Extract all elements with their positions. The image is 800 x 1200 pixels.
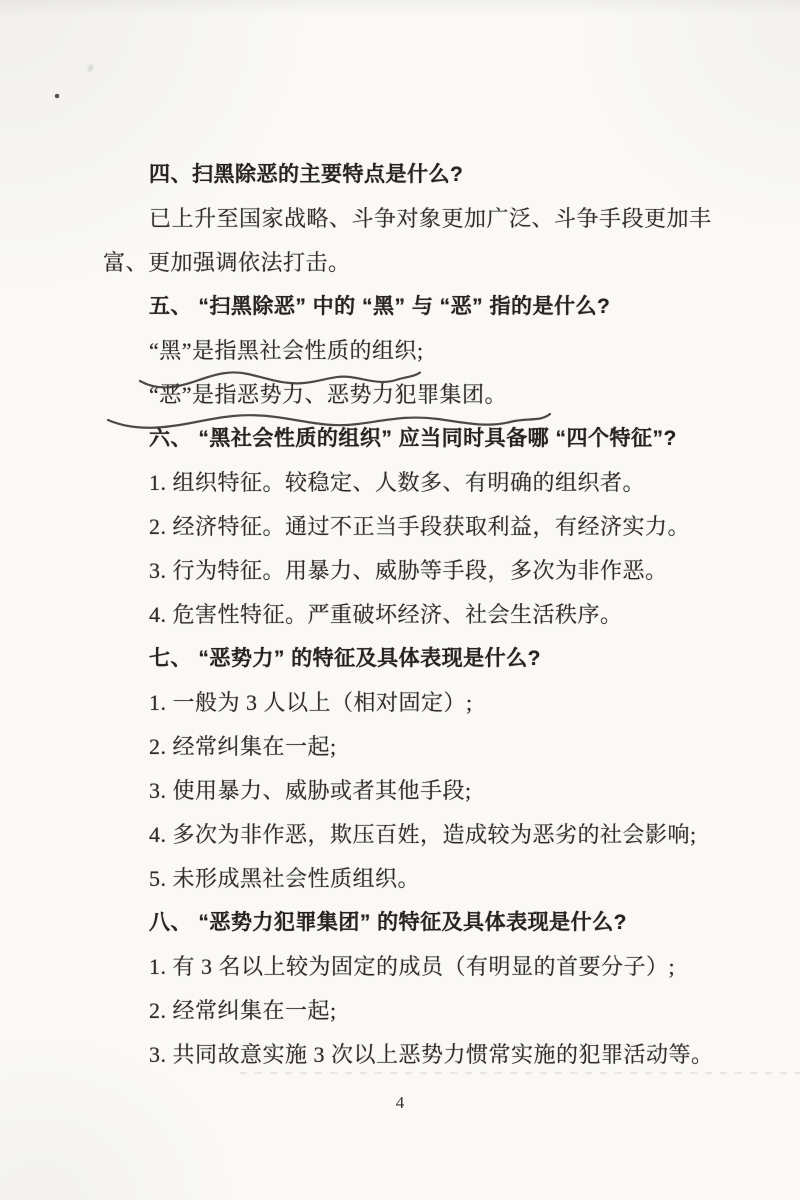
q7-item-4: 4. 多次为非作恶，欺压百姓，造成较为恶劣的社会影响; bbox=[103, 813, 743, 857]
q4-answer-line-2: 富、更加强调依法打击。 bbox=[103, 241, 743, 285]
q5-answer-black: “黑”是指黑社会性质的组织; bbox=[103, 329, 743, 373]
q8-item-1: 1. 有 3 名以上较为固定的成员（有明显的首要分子）; bbox=[103, 945, 743, 989]
q5-answer-evil: “恶”是指恶势力、恶势力犯罪集团。 bbox=[103, 373, 743, 417]
q7-item-5: 5. 未形成黑社会性质组织。 bbox=[103, 857, 743, 901]
q4-heading: 四、扫黑除恶的主要特点是什么? bbox=[103, 153, 743, 197]
q8-heading: 八、 “恶势力犯罪集团” 的特征及具体表现是什么? bbox=[103, 901, 743, 945]
scan-smudge bbox=[86, 63, 94, 72]
q6-item-2: 2. 经济特征。通过不正当手段获取利益，有经济实力。 bbox=[103, 505, 743, 549]
q7-item-1: 1. 一般为 3 人以上（相对固定）; bbox=[103, 681, 743, 725]
q7-item-2: 2. 经常纠集在一起; bbox=[103, 725, 743, 769]
scan-fold-artifact bbox=[240, 1072, 800, 1074]
document-body: 四、扫黑除恶的主要特点是什么? 已上升至国家战略、斗争对象更加广泛、斗争手段更加… bbox=[103, 153, 743, 1077]
q8-item-3: 3. 共同故意实施 3 次以上恶势力惯常实施的犯罪活动等。 bbox=[103, 1033, 743, 1077]
q6-item-1: 1. 组织特征。较稳定、人数多、有明确的组织者。 bbox=[103, 461, 743, 505]
q7-item-3: 3. 使用暴力、威胁或者其他手段; bbox=[103, 769, 743, 813]
q8-item-2: 2. 经常纠集在一起; bbox=[103, 989, 743, 1033]
q4-answer-line-1: 已上升至国家战略、斗争对象更加广泛、斗争手段更加丰 bbox=[103, 197, 743, 241]
q6-heading: 六、 “黑社会性质的组织” 应当同时具备哪 “四个特征”? bbox=[103, 417, 743, 461]
q5-heading: 五、 “扫黑除恶” 中的 “黑” 与 “恶” 指的是什么? bbox=[103, 285, 743, 329]
ink-speck bbox=[55, 94, 59, 98]
q6-item-4: 4. 危害性特征。严重破坏经济、社会生活秩序。 bbox=[103, 593, 743, 637]
q6-item-3: 3. 行为特征。用暴力、威胁等手段，多次为非作恶。 bbox=[103, 549, 743, 593]
scanned-document-page: 四、扫黑除恶的主要特点是什么? 已上升至国家战略、斗争对象更加广泛、斗争手段更加… bbox=[0, 0, 800, 1200]
page-number: 4 bbox=[0, 1090, 800, 1116]
q7-heading: 七、 “恶势力” 的特征及具体表现是什么? bbox=[103, 637, 743, 681]
